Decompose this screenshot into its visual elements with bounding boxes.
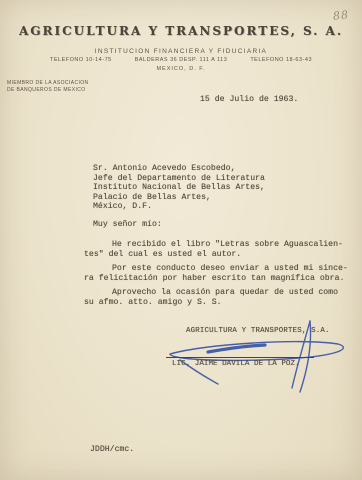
recipient-line: Jefe del Departamento de Literatura bbox=[93, 174, 265, 184]
paragraph-line: He recibido el libro "Letras sobre Aguas… bbox=[84, 240, 330, 250]
recipient-line: México, D.F. bbox=[93, 202, 265, 212]
signer-name: LIC. JAIME DAVILA DE LA POZ. bbox=[172, 360, 300, 370]
letterhead-contact-row: TELEFONO 10-14-75 BALDERAS 36 DESP. 111 … bbox=[50, 57, 312, 63]
handwritten-page-number: 88 bbox=[332, 8, 349, 23]
reference-initials: JDDH/cmc. bbox=[90, 445, 134, 455]
letterhead-company-name: AGRICULTURA Y TRANSPORTES, S. A. bbox=[19, 24, 343, 38]
letterhead-city: MEXICO, D. F. bbox=[156, 66, 205, 72]
body-paragraph-1: He recibido el libro "Letras sobre Aguas… bbox=[84, 240, 330, 259]
letterhead-membership-note: MIEMBRO DE LA ASOCIACION DE BANQUEROS DE… bbox=[7, 80, 89, 93]
paragraph-line: tes" del cual es usted el autor. bbox=[84, 250, 330, 260]
recipient-address-block: Sr. Antonio Acevedo Escobedo, Jefe del D… bbox=[93, 164, 265, 212]
paragraph-line: su afmo. atto. amigo y S. S. bbox=[84, 298, 330, 308]
recipient-line: Instituto Nacional de Bellas Artes, bbox=[93, 183, 265, 193]
salutation: Muy señor mío: bbox=[93, 220, 162, 230]
body-paragraph-2: Por este conducto deseo enviar a usted m… bbox=[84, 264, 330, 283]
letterhead-telephone-right: TELEFONO 18-63-43 bbox=[250, 57, 312, 63]
membership-line: DE BANQUEROS DE MEXICO bbox=[7, 87, 86, 93]
letterhead-address: BALDERAS 36 DESP. 111 A 113 bbox=[135, 57, 228, 63]
recipient-line: Palacio de Bellas Artes, bbox=[93, 193, 265, 203]
membership-line: MIEMBRO DE LA ASOCIACION bbox=[7, 80, 89, 86]
letter-date: 15 de Julio de 1963. bbox=[200, 95, 298, 105]
paragraph-line: Aprovecho la ocasión para quedar de uste… bbox=[84, 288, 330, 298]
paragraph-line: Por este conducto deseo enviar a usted m… bbox=[84, 264, 330, 274]
signature-rule-line bbox=[166, 357, 314, 358]
body-paragraph-3: Aprovecho la ocasión para quedar de uste… bbox=[84, 288, 330, 307]
letter-document: 88 AGRICULTURA Y TRANSPORTES, S. A. INST… bbox=[0, 0, 362, 480]
letterhead-telephone-left: TELEFONO 10-14-75 bbox=[50, 57, 112, 63]
letterhead-subtitle: INSTITUCION FINANCIERA Y FIDUCIARIA bbox=[95, 48, 267, 55]
recipient-line: Sr. Antonio Acevedo Escobedo, bbox=[93, 164, 265, 174]
paragraph-line: ra felicitación por haber escrito tan ma… bbox=[84, 274, 330, 284]
